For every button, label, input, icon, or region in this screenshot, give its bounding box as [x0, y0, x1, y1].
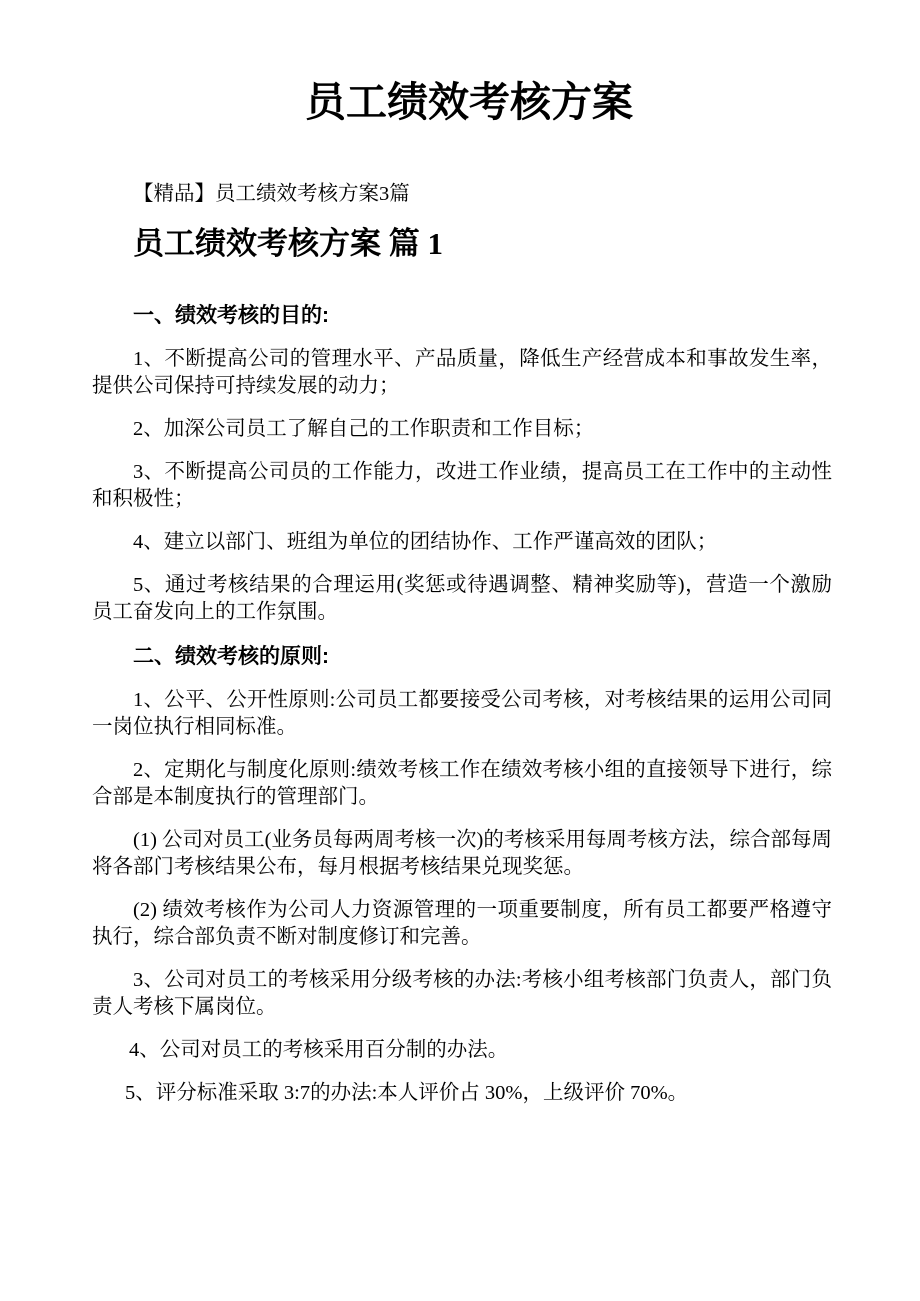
paragraph: 2、加深公司员工了解自己的工作职责和工作目标； — [92, 416, 832, 443]
document-meta-line: 【精品】员工绩效考核方案3篇 — [92, 181, 832, 208]
paragraph: 3、不断提高公司员的工作能力，改进工作业绩，提高员工在工作中的主动性和积极性； — [92, 459, 832, 513]
paragraph: 1、公平、公开性原则:公司员工都要接受公司考核，对考核结果的运用公司同一岗位执行… — [92, 687, 832, 741]
paragraph: 5、通过考核结果的合理运用(奖惩或待遇调整、精神奖励等)，营造一个激励员工奋发向… — [92, 572, 832, 626]
paragraph: 2、定期化与制度化原则:绩效考核工作在绩效考核小组的直接领导下进行，综合部是本制… — [92, 757, 832, 811]
paragraph: 4、建立以部门、班组为单位的团结协作、工作严谨高效的团队； — [92, 529, 832, 556]
paragraph: 3、公司对员工的考核采用分级考核的办法:考核小组考核部门负责人，部门负责人考核下… — [92, 967, 832, 1021]
document-page: 员工绩效考核方案 【精品】员工绩效考核方案3篇 员工绩效考核方案 篇 1 一、绩… — [0, 0, 920, 1301]
section-heading: 二、绩效考核的原则: — [92, 642, 832, 671]
section-principles: 二、绩效考核的原则: 1、公平、公开性原则:公司员工都要接受公司考核，对考核结果… — [92, 642, 832, 1107]
section-purpose: 一、绩效考核的目的: 1、不断提高公司的管理水平、产品质量，降低生产经营成本和事… — [92, 301, 832, 626]
paragraph: (2) 绩效考核作为公司人力资源管理的一项重要制度，所有员工都要严格遵守执行，综… — [92, 897, 832, 951]
section-heading: 一、绩效考核的目的: — [92, 301, 832, 330]
paragraph: 1、不断提高公司的管理水平、产品质量，降低生产经营成本和事故发生率，提供公司保持… — [92, 346, 832, 400]
paragraph: 4、公司对员工的考核采用百分制的办法。 — [92, 1037, 832, 1064]
paragraph: (1) 公司对员工(业务员每两周考核一次)的考核采用每周考核方法，综合部每周将各… — [92, 827, 832, 881]
paragraph: 5、评分标准采取 3:7的办法:本人评价占 30%，上级评价 70%。 — [92, 1080, 832, 1107]
document-title: 员工绩效考核方案 — [92, 78, 832, 126]
document-subtitle: 员工绩效考核方案 篇 1 — [92, 224, 832, 264]
